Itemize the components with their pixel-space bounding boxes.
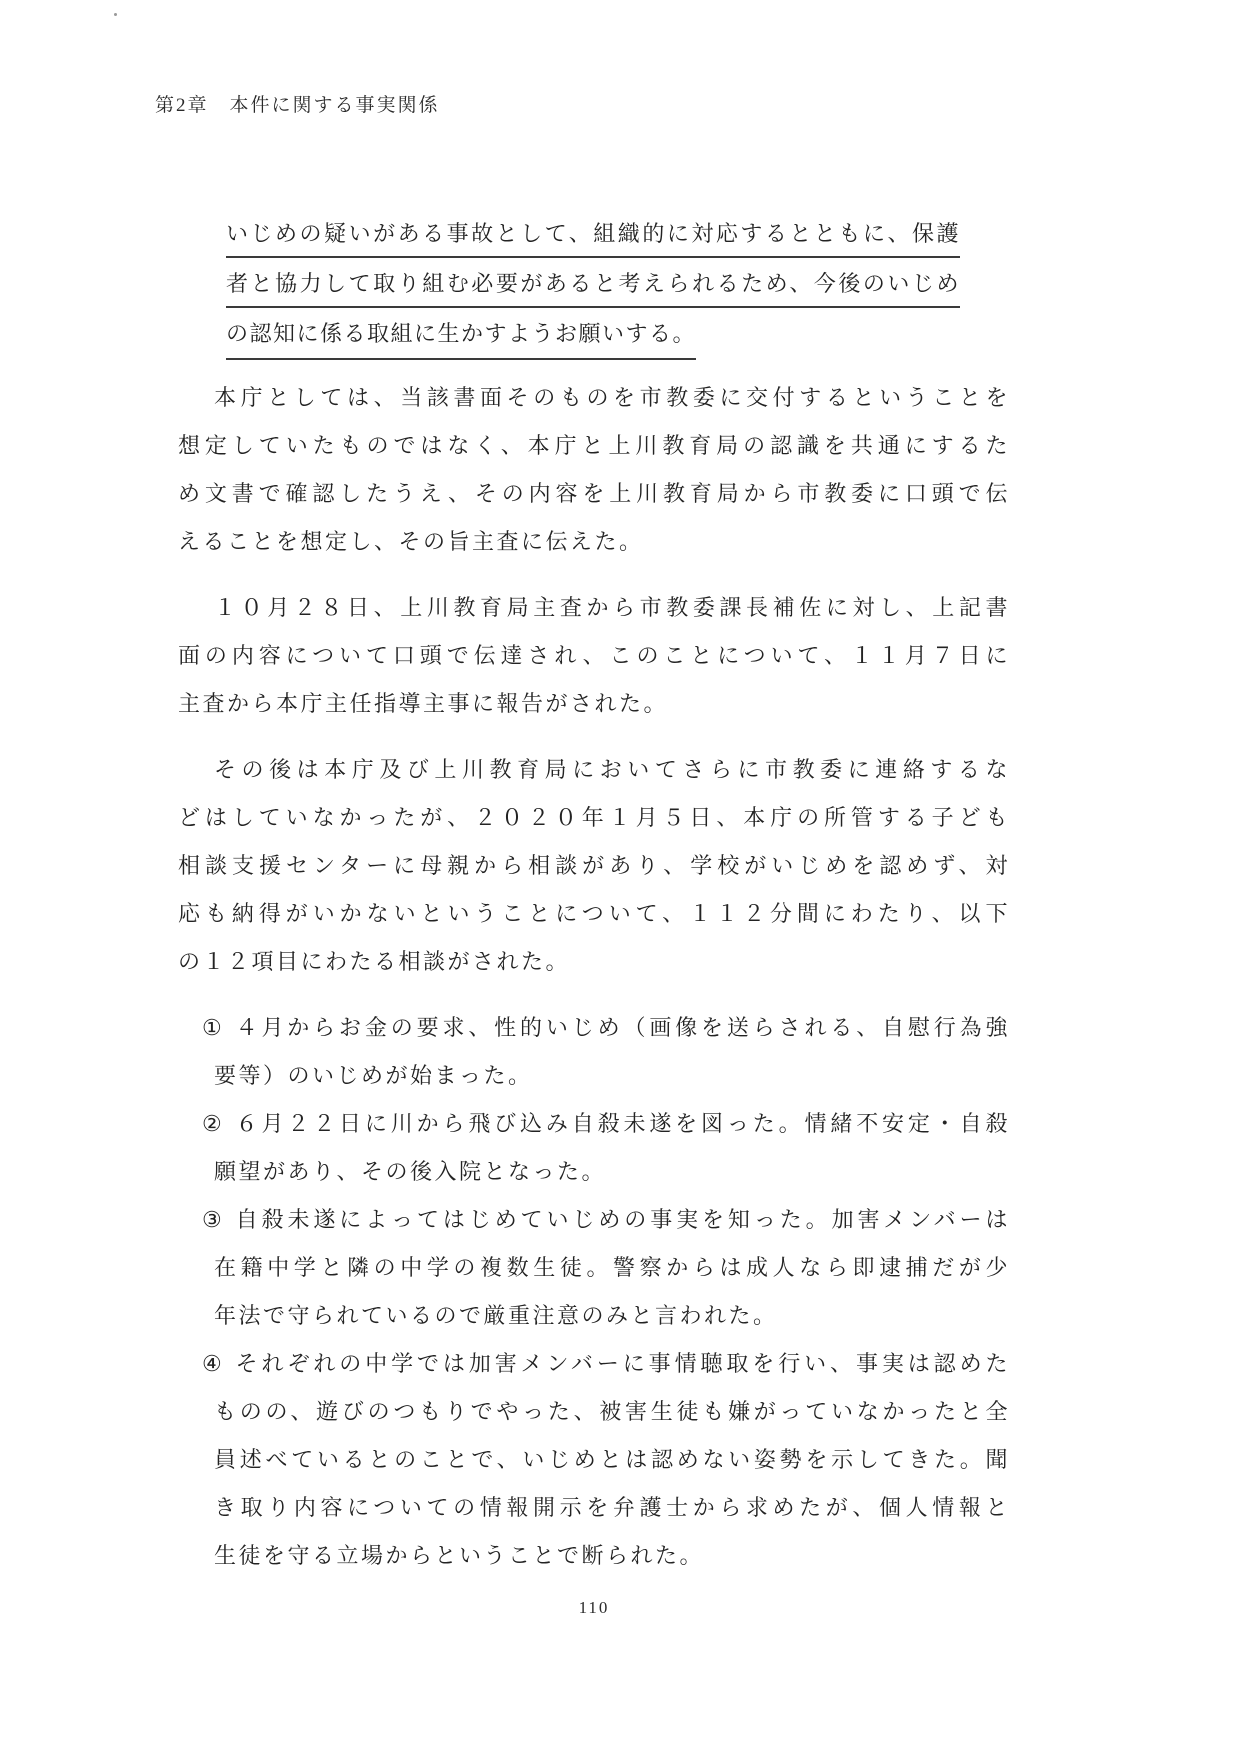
scan-artifact-dot — [114, 13, 117, 16]
list-item-2: ②６月２２日に川から飛び込み自殺未遂を図った。情緒不安定・自殺 願望があり、その… — [202, 1100, 1010, 1196]
text-line: き取り内容についての情報開示を弁護士から求めたが、個人情報と — [202, 1484, 1010, 1532]
text-line: 主査から本庁主任指導主事に報告がされた。 — [178, 680, 1010, 728]
consultation-item-list: ①４月からお金の要求、性的いじめ（画像を送らされる、自慰行為強 要等）のいじめが… — [202, 1004, 1010, 1580]
item-marker: ② — [202, 1111, 226, 1136]
chapter-header: 第2章 本件に関する事実関係 — [155, 90, 440, 117]
text-line: ①４月からお金の要求、性的いじめ（画像を送らされる、自慰行為強 — [202, 1004, 1010, 1052]
text-line: どはしていなかったが、２０２０年１月５日、本庁の所管する子ども — [178, 794, 1010, 842]
text-line: 生徒を守る立場からということで断られた。 — [202, 1532, 1010, 1580]
text-line: 想定していたものではなく、本庁と上川教育局の認識を共通にするた — [178, 422, 1010, 470]
text-line: 応も納得がいかないということについて、１１２分間にわたり、以下 — [178, 890, 1010, 938]
list-item-4: ④それぞれの中学では加害メンバーに事情聴取を行い、事実は認めた ものの、遊びのつ… — [202, 1340, 1010, 1580]
item-marker: ③ — [202, 1207, 226, 1232]
text-line: ④それぞれの中学では加害メンバーに事情聴取を行い、事実は認めた — [202, 1340, 1010, 1388]
text-line: えることを想定し、その旨主査に伝えた。 — [178, 518, 1010, 566]
text-line: 者と協力して取り組む必要があると考えられるため、今後のいじめ — [226, 262, 960, 308]
item-marker: ① — [202, 1015, 226, 1040]
paragraph-oct28-report: １０月２８日、上川教育局主査から市教委課長補佐に対し、上記書 面の内容について口… — [178, 584, 1010, 728]
document-page: 第2章 本件に関する事実関係 いじめの疑いがある事故として、組織的に対応するとと… — [0, 0, 1239, 1754]
text-line: の１２項目にわたる相談がされた。 — [178, 938, 1010, 986]
text-line: 年法で守られているので厳重注意のみと言われた。 — [202, 1292, 1010, 1340]
item-text: 自殺未遂によってはじめていじめの事実を知った。加害メンバーは — [236, 1207, 1010, 1232]
page-number: 110 — [178, 1598, 1010, 1618]
paragraph-jan5-consultation: その後は本庁及び上川教育局においてさらに市教委に連絡するな どはしていなかったが… — [178, 746, 1010, 986]
text-line: 在籍中学と隣の中学の複数生徒。警察からは成人なら即逮捕だが少 — [202, 1244, 1010, 1292]
paragraph-honcho-intent: 本庁としては、当該書面そのものを市教委に交付するということを 想定していたもので… — [178, 374, 1010, 566]
text-line: 願望があり、その後入院となった。 — [202, 1148, 1010, 1196]
text-line: め文書で確認したうえ、その内容を上川教育局から市教委に口頭で伝 — [178, 470, 1010, 518]
underlined-text: の認知に係る取組に生かすようお願いする。 — [226, 316, 696, 360]
item-text: それぞれの中学では加害メンバーに事情聴取を行い、事実は認めた — [236, 1351, 1010, 1376]
list-item-1: ①４月からお金の要求、性的いじめ（画像を送らされる、自慰行為強 要等）のいじめが… — [202, 1004, 1010, 1100]
item-text: ６月２２日に川から飛び込み自殺未遂を図った。情緒不安定・自殺 — [236, 1111, 1010, 1136]
text-line: 相談支援センターに母親から相談があり、学校がいじめを認めず、対 — [178, 842, 1010, 890]
text-line: ③自殺未遂によってはじめていじめの事実を知った。加害メンバーは — [202, 1196, 1010, 1244]
text-line: 本庁としては、当該書面そのものを市教委に交付するということを — [178, 374, 1010, 422]
item-text: ４月からお金の要求、性的いじめ（画像を送らされる、自慰行為強 — [236, 1015, 1010, 1040]
item-marker: ④ — [202, 1351, 226, 1376]
document-body: いじめの疑いがある事故として、組織的に対応するとともに、保護 者と協力して取り組… — [178, 212, 1010, 1580]
text-line: 面の内容について口頭で伝達され、このことについて、１１月７日に — [178, 632, 1010, 680]
text-line: １０月２８日、上川教育局主査から市教委課長補佐に対し、上記書 — [178, 584, 1010, 632]
text-line: 員述べているとのことで、いじめとは認めない姿勢を示してきた。聞 — [202, 1436, 1010, 1484]
text-line: その後は本庁及び上川教育局においてさらに市教委に連絡するな — [178, 746, 1010, 794]
text-line: いじめの疑いがある事故として、組織的に対応するとともに、保護 — [226, 212, 960, 258]
text-line: 要等）のいじめが始まった。 — [202, 1052, 1010, 1100]
text-line: ものの、遊びのつもりでやった、被害生徒も嫌がっていなかったと全 — [202, 1388, 1010, 1436]
text-line: の認知に係る取組に生かすようお願いする。 — [226, 312, 960, 356]
text-line: ②６月２２日に川から飛び込み自殺未遂を図った。情緒不安定・自殺 — [202, 1100, 1010, 1148]
list-item-3: ③自殺未遂によってはじめていじめの事実を知った。加害メンバーは 在籍中学と隣の中… — [202, 1196, 1010, 1340]
quoted-request-block: いじめの疑いがある事故として、組織的に対応するとともに、保護 者と協力して取り組… — [226, 212, 960, 356]
